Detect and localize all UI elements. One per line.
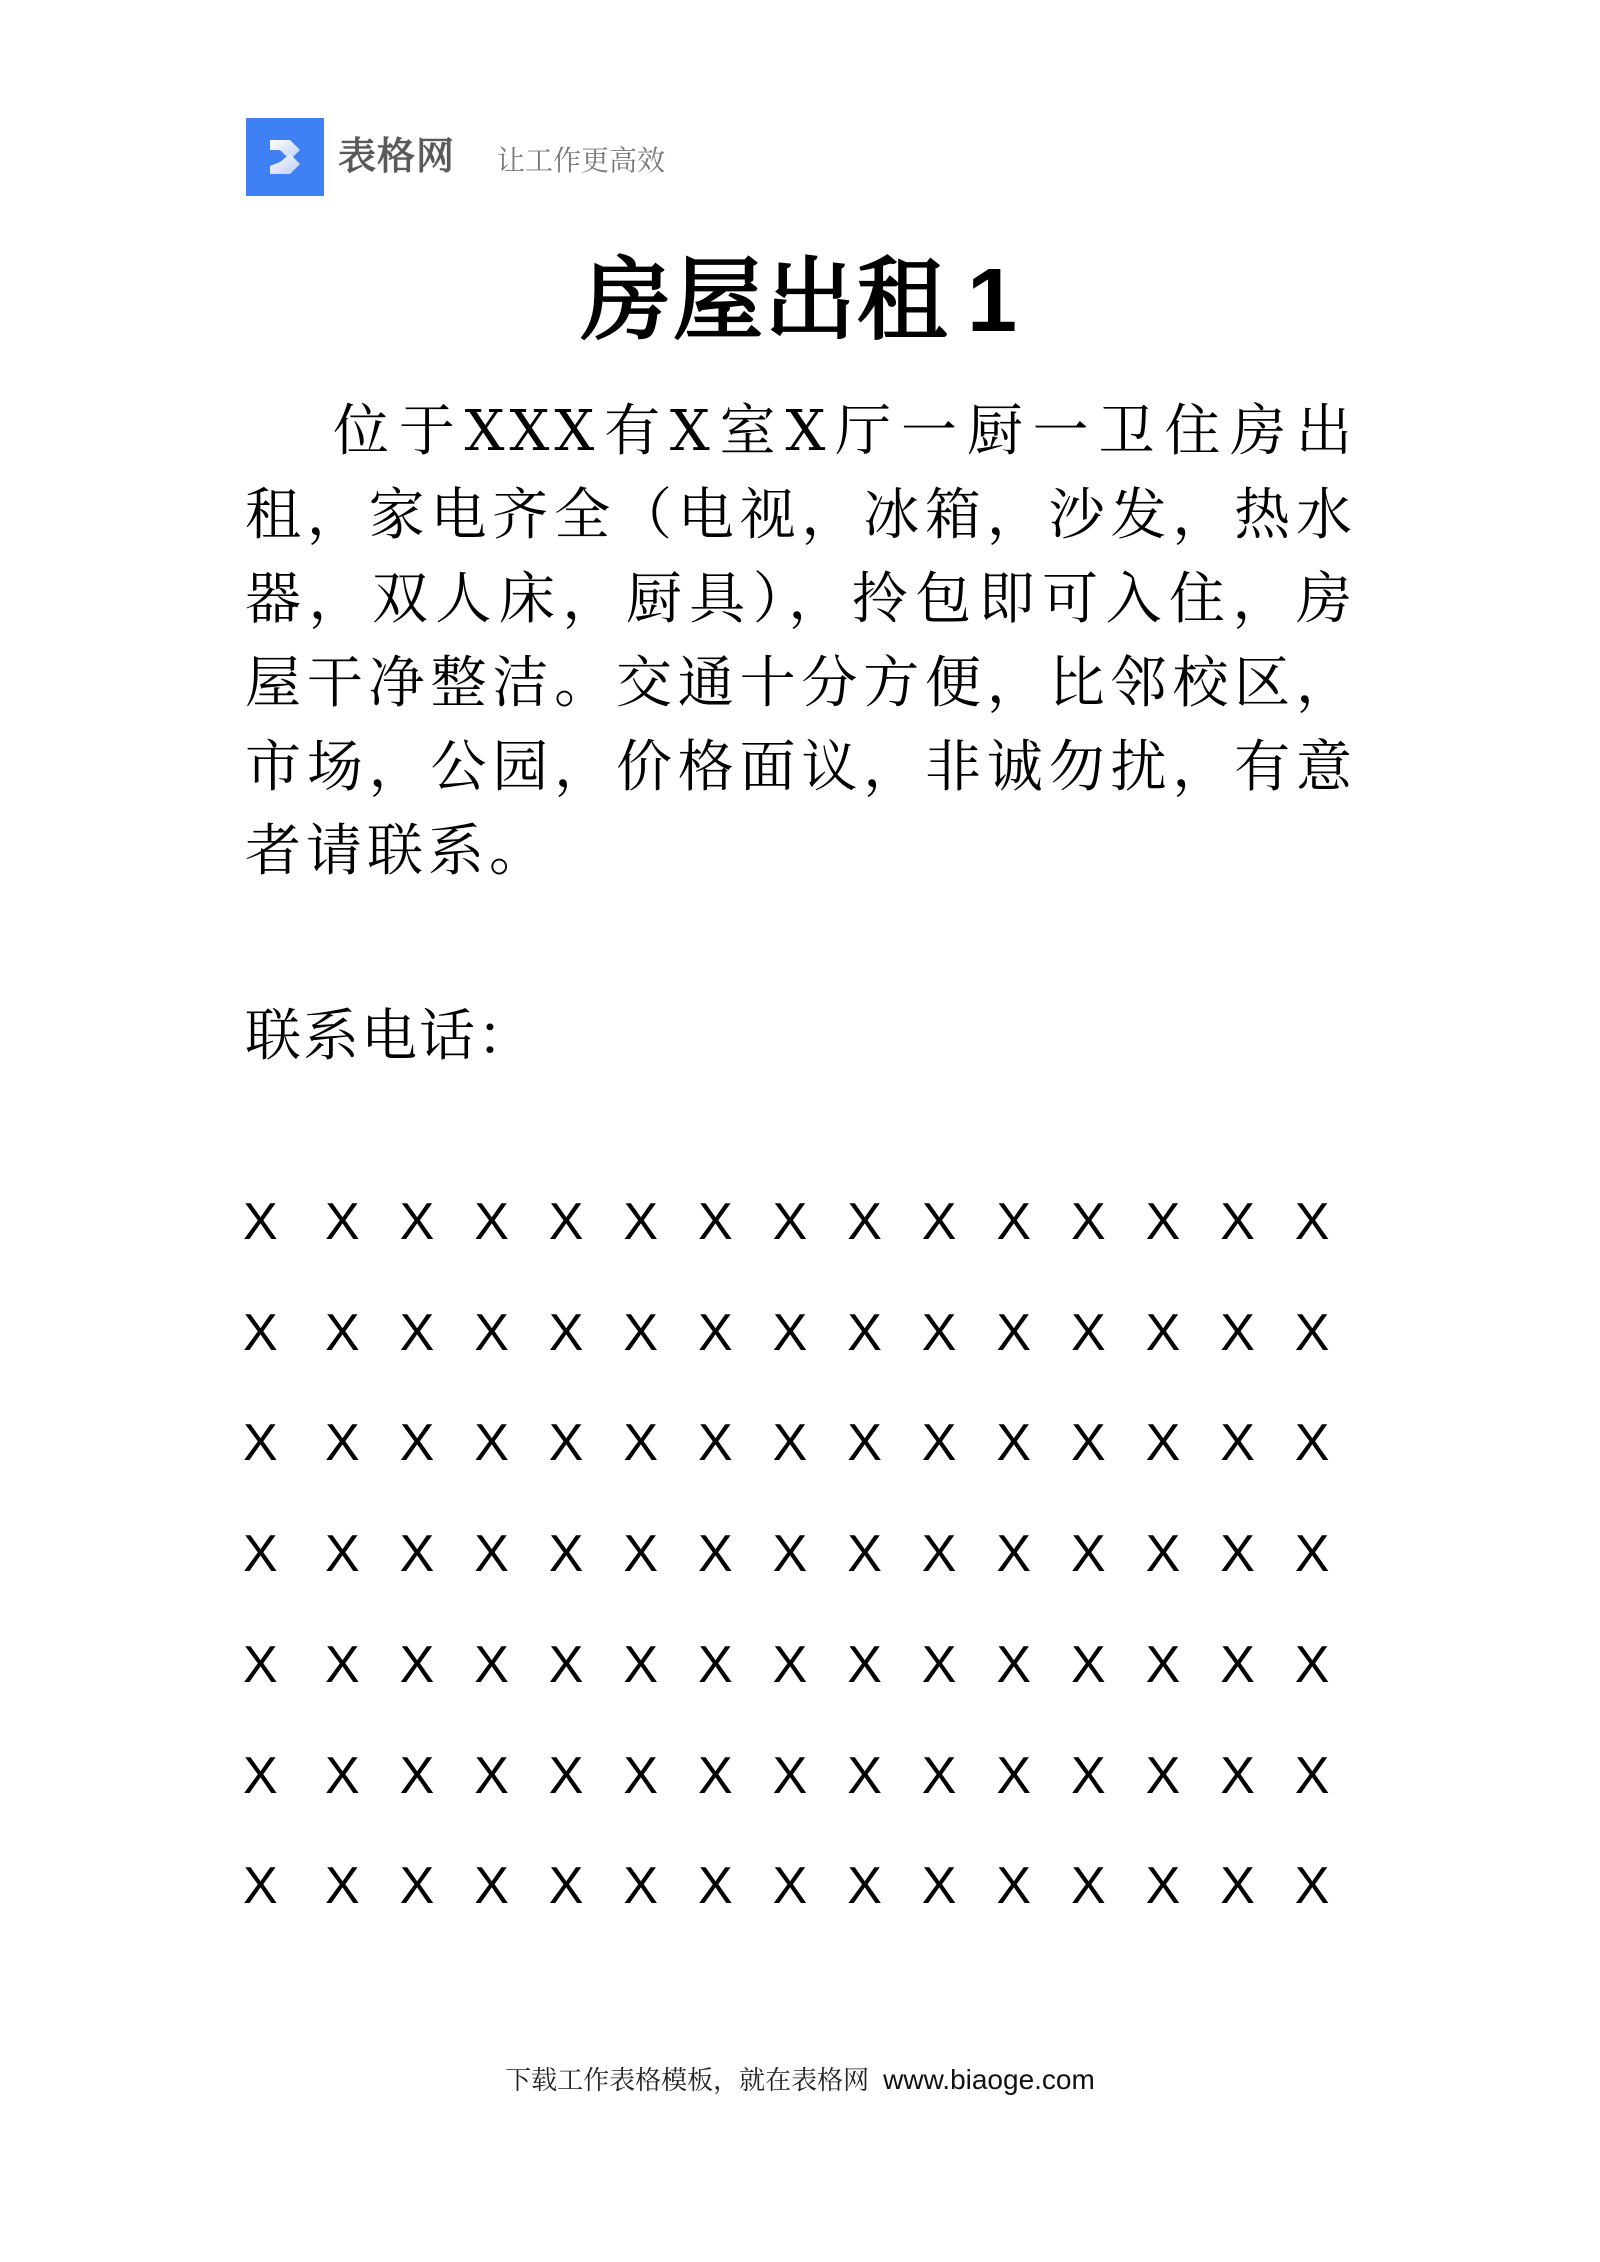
footer-text: 下载工作表格模板，就在表格网 xyxy=(505,2066,869,2096)
placeholder-char: X xyxy=(1146,1417,1186,1469)
placeholder-row: XXXXXXXXXXXXXXX xyxy=(0,1196,1600,1256)
placeholder-char: X xyxy=(847,1307,887,1359)
placeholder-char: X xyxy=(474,1417,514,1469)
document-title: 房屋出租1 xyxy=(0,240,1600,361)
placeholder-char: X xyxy=(773,1528,813,1580)
placeholder-char: X xyxy=(1071,1750,1111,1802)
placeholder-char: X xyxy=(623,1860,663,1912)
placeholder-char: X xyxy=(847,1750,887,1802)
placeholder-char: X xyxy=(922,1528,962,1580)
placeholder-char: X xyxy=(325,1528,365,1580)
placeholder-char: X xyxy=(1146,1639,1186,1691)
placeholder-row: XXXXXXXXXXXXXXX xyxy=(0,1860,1600,1920)
placeholder-char: X xyxy=(847,1528,887,1580)
placeholder-char: X xyxy=(1071,1417,1111,1469)
placeholder-char: X xyxy=(773,1639,813,1691)
placeholder-char: X xyxy=(400,1307,440,1359)
placeholder-char: X xyxy=(698,1417,738,1469)
placeholder-char: X xyxy=(325,1417,365,1469)
placeholder-char: X xyxy=(996,1417,1036,1469)
placeholder-char: X xyxy=(996,1528,1036,1580)
placeholder-char: X xyxy=(1295,1417,1335,1469)
placeholder-char: X xyxy=(1071,1639,1111,1691)
placeholder-char: X xyxy=(474,1639,514,1691)
title-text: 房屋出租 xyxy=(581,247,949,353)
placeholder-char: X xyxy=(922,1417,962,1469)
placeholder-char: X xyxy=(922,1750,962,1802)
placeholder-char: X xyxy=(1295,1750,1335,1802)
placeholder-char: X xyxy=(623,1639,663,1691)
placeholder-char: X xyxy=(1295,1639,1335,1691)
placeholder-char: X xyxy=(474,1196,514,1248)
placeholder-char: X xyxy=(474,1528,514,1580)
placeholder-char: X xyxy=(1071,1860,1111,1912)
placeholder-char: X xyxy=(773,1860,813,1912)
placeholder-char: X xyxy=(243,1528,283,1580)
placeholder-char: X xyxy=(1071,1196,1111,1248)
placeholder-char: X xyxy=(698,1639,738,1691)
placeholder-char: X xyxy=(474,1307,514,1359)
placeholder-char: X xyxy=(549,1307,589,1359)
placeholder-char: X xyxy=(698,1860,738,1912)
placeholder-char: X xyxy=(474,1750,514,1802)
placeholder-char: X xyxy=(243,1860,283,1912)
placeholder-char: X xyxy=(847,1639,887,1691)
placeholder-char: X xyxy=(1071,1307,1111,1359)
document-page: 表格网 让工作更高效 房屋出租1 位于XXX有X室X厅一厨一卫住房出租，家电齐全… xyxy=(0,0,1600,2262)
placeholder-char: X xyxy=(400,1750,440,1802)
brand-name: 表格网 xyxy=(338,131,455,181)
placeholder-char: X xyxy=(400,1860,440,1912)
placeholder-char: X xyxy=(549,1639,589,1691)
placeholder-char: X xyxy=(325,1860,365,1912)
placeholder-row: XXXXXXXXXXXXXXX xyxy=(0,1417,1600,1477)
placeholder-char: X xyxy=(773,1307,813,1359)
placeholder-row: XXXXXXXXXXXXXXX xyxy=(0,1639,1600,1699)
placeholder-char: X xyxy=(1220,1196,1260,1248)
placeholder-char: X xyxy=(1220,1860,1260,1912)
placeholder-char: X xyxy=(549,1860,589,1912)
placeholder-char: X xyxy=(996,1307,1036,1359)
placeholder-char: X xyxy=(1220,1639,1260,1691)
title-number: 1 xyxy=(967,251,1019,351)
placeholder-char: X xyxy=(325,1639,365,1691)
placeholder-char: X xyxy=(623,1196,663,1248)
placeholder-char: X xyxy=(1146,1307,1186,1359)
brand-tagline: 让工作更高效 xyxy=(497,142,665,180)
placeholder-char: X xyxy=(1295,1528,1335,1580)
placeholder-char: X xyxy=(549,1417,589,1469)
placeholder-char: X xyxy=(996,1750,1036,1802)
footer: 下载工作表格模板，就在表格网www.biaoge.com xyxy=(0,2060,1600,2101)
placeholder-char: X xyxy=(623,1417,663,1469)
placeholder-char: X xyxy=(773,1750,813,1802)
placeholder-char: X xyxy=(922,1860,962,1912)
placeholder-char: X xyxy=(773,1417,813,1469)
placeholder-char: X xyxy=(1295,1307,1335,1359)
placeholder-char: X xyxy=(243,1307,283,1359)
placeholder-char: X xyxy=(400,1196,440,1248)
placeholder-char: X xyxy=(922,1639,962,1691)
placeholder-char: X xyxy=(773,1196,813,1248)
placeholder-char: X xyxy=(847,1860,887,1912)
contact-phone-label: 联系电话： xyxy=(245,995,535,1079)
placeholder-char: X xyxy=(400,1417,440,1469)
placeholder-char: X xyxy=(474,1860,514,1912)
placeholder-char: X xyxy=(623,1528,663,1580)
placeholder-char: X xyxy=(1146,1196,1186,1248)
placeholder-char: X xyxy=(922,1307,962,1359)
placeholder-char: X xyxy=(1295,1196,1335,1248)
placeholder-row: XXXXXXXXXXXXXXX xyxy=(0,1528,1600,1588)
placeholder-char: X xyxy=(922,1196,962,1248)
placeholder-char: X xyxy=(996,1860,1036,1912)
placeholder-char: X xyxy=(1220,1307,1260,1359)
placeholder-char: X xyxy=(549,1528,589,1580)
placeholder-char: X xyxy=(1146,1528,1186,1580)
placeholder-char: X xyxy=(549,1196,589,1248)
placeholder-char: X xyxy=(243,1417,283,1469)
placeholder-char: X xyxy=(325,1196,365,1248)
footer-site-link[interactable]: www.biaoge.com xyxy=(883,2064,1095,2095)
placeholder-char: X xyxy=(243,1639,283,1691)
placeholder-char: X xyxy=(698,1528,738,1580)
placeholder-char: X xyxy=(1146,1860,1186,1912)
placeholder-row: XXXXXXXXXXXXXXX xyxy=(0,1307,1600,1367)
rental-description: 位于XXX有X室X厅一厨一卫住房出租，家电齐全（电视，冰箱，沙发，热水器，双人床… xyxy=(245,390,1357,894)
placeholder-char: X xyxy=(847,1196,887,1248)
placeholder-char: X xyxy=(325,1307,365,1359)
placeholder-char: X xyxy=(243,1196,283,1248)
placeholder-char: X xyxy=(847,1417,887,1469)
placeholder-char: X xyxy=(698,1196,738,1248)
placeholder-char: X xyxy=(698,1307,738,1359)
placeholder-char: X xyxy=(400,1528,440,1580)
placeholder-char: X xyxy=(549,1750,589,1802)
placeholder-char: X xyxy=(996,1196,1036,1248)
placeholder-char: X xyxy=(1220,1417,1260,1469)
placeholder-char: X xyxy=(325,1750,365,1802)
placeholder-char: X xyxy=(1220,1750,1260,1802)
placeholder-char: X xyxy=(623,1307,663,1359)
placeholder-char: X xyxy=(1220,1528,1260,1580)
placeholder-row: XXXXXXXXXXXXXXX xyxy=(0,1750,1600,1810)
placeholder-char: X xyxy=(1071,1528,1111,1580)
placeholder-char: X xyxy=(243,1750,283,1802)
placeholder-char: X xyxy=(1295,1860,1335,1912)
placeholder-char: X xyxy=(400,1639,440,1691)
placeholder-char: X xyxy=(623,1750,663,1802)
biaoge-logo-icon xyxy=(246,118,324,196)
placeholder-char: X xyxy=(698,1750,738,1802)
placeholder-char: X xyxy=(996,1639,1036,1691)
placeholder-char: X xyxy=(1146,1750,1186,1802)
